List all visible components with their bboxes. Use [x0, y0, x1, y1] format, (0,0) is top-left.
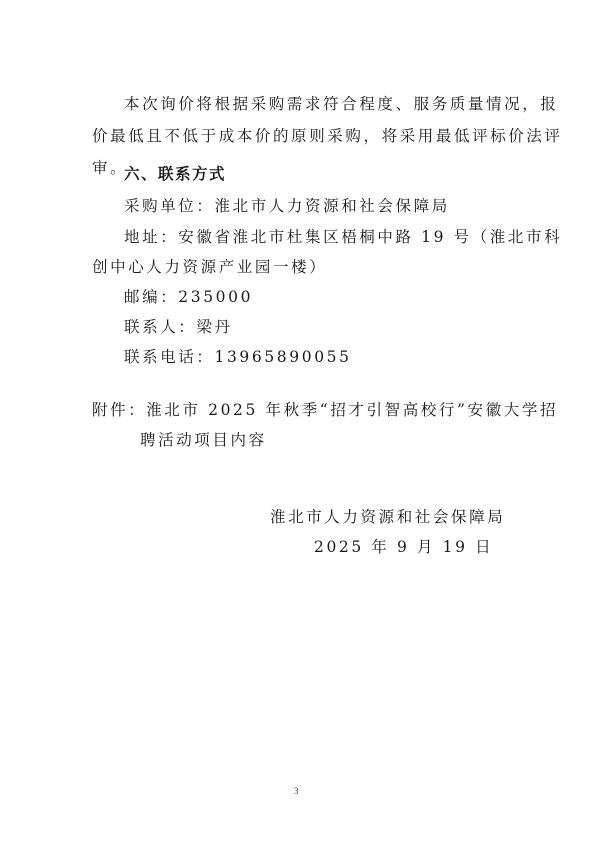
signature-date: 2025 年 9 月 19 日	[314, 537, 493, 557]
attachment-line-2: 聘活动项目内容	[140, 430, 267, 450]
document-page: 本次询价将根据采购需求符合程度、服务质量情况，报 价最低且不低于成本价的原则采购…	[0, 0, 600, 848]
evaluation-paragraph-line-1: 本次询价将根据采购需求符合程度、服务质量情况，报	[124, 94, 558, 114]
section-heading-contact: 六、联系方式	[124, 164, 226, 184]
address-line-2: 创中心人力资源产业园一楼）	[92, 257, 327, 277]
postcode-line: 邮编：235000	[124, 287, 253, 307]
address-line-1: 地址：安徽省淮北市杜集区梧桐中路 19 号（淮北市科	[124, 227, 562, 247]
attachment-line-1: 附件：淮北市 2025 年秋季“招才引智高校行”安徽大学招	[92, 400, 558, 420]
evaluation-paragraph-line-3: 审。	[92, 158, 128, 178]
contact-phone-line: 联系电话：13965890055	[124, 347, 352, 367]
purchaser-line: 采购单位：淮北市人力资源和社会保障局	[124, 196, 450, 216]
signature-organization: 淮北市人力资源和社会保障局	[270, 507, 505, 527]
evaluation-paragraph-line-2: 价最低且不低于成本价的原则采购，将采用最低评标价法评	[92, 126, 563, 146]
page-number: 3	[294, 786, 299, 796]
contact-person-line: 联系人：梁丹	[124, 317, 233, 337]
